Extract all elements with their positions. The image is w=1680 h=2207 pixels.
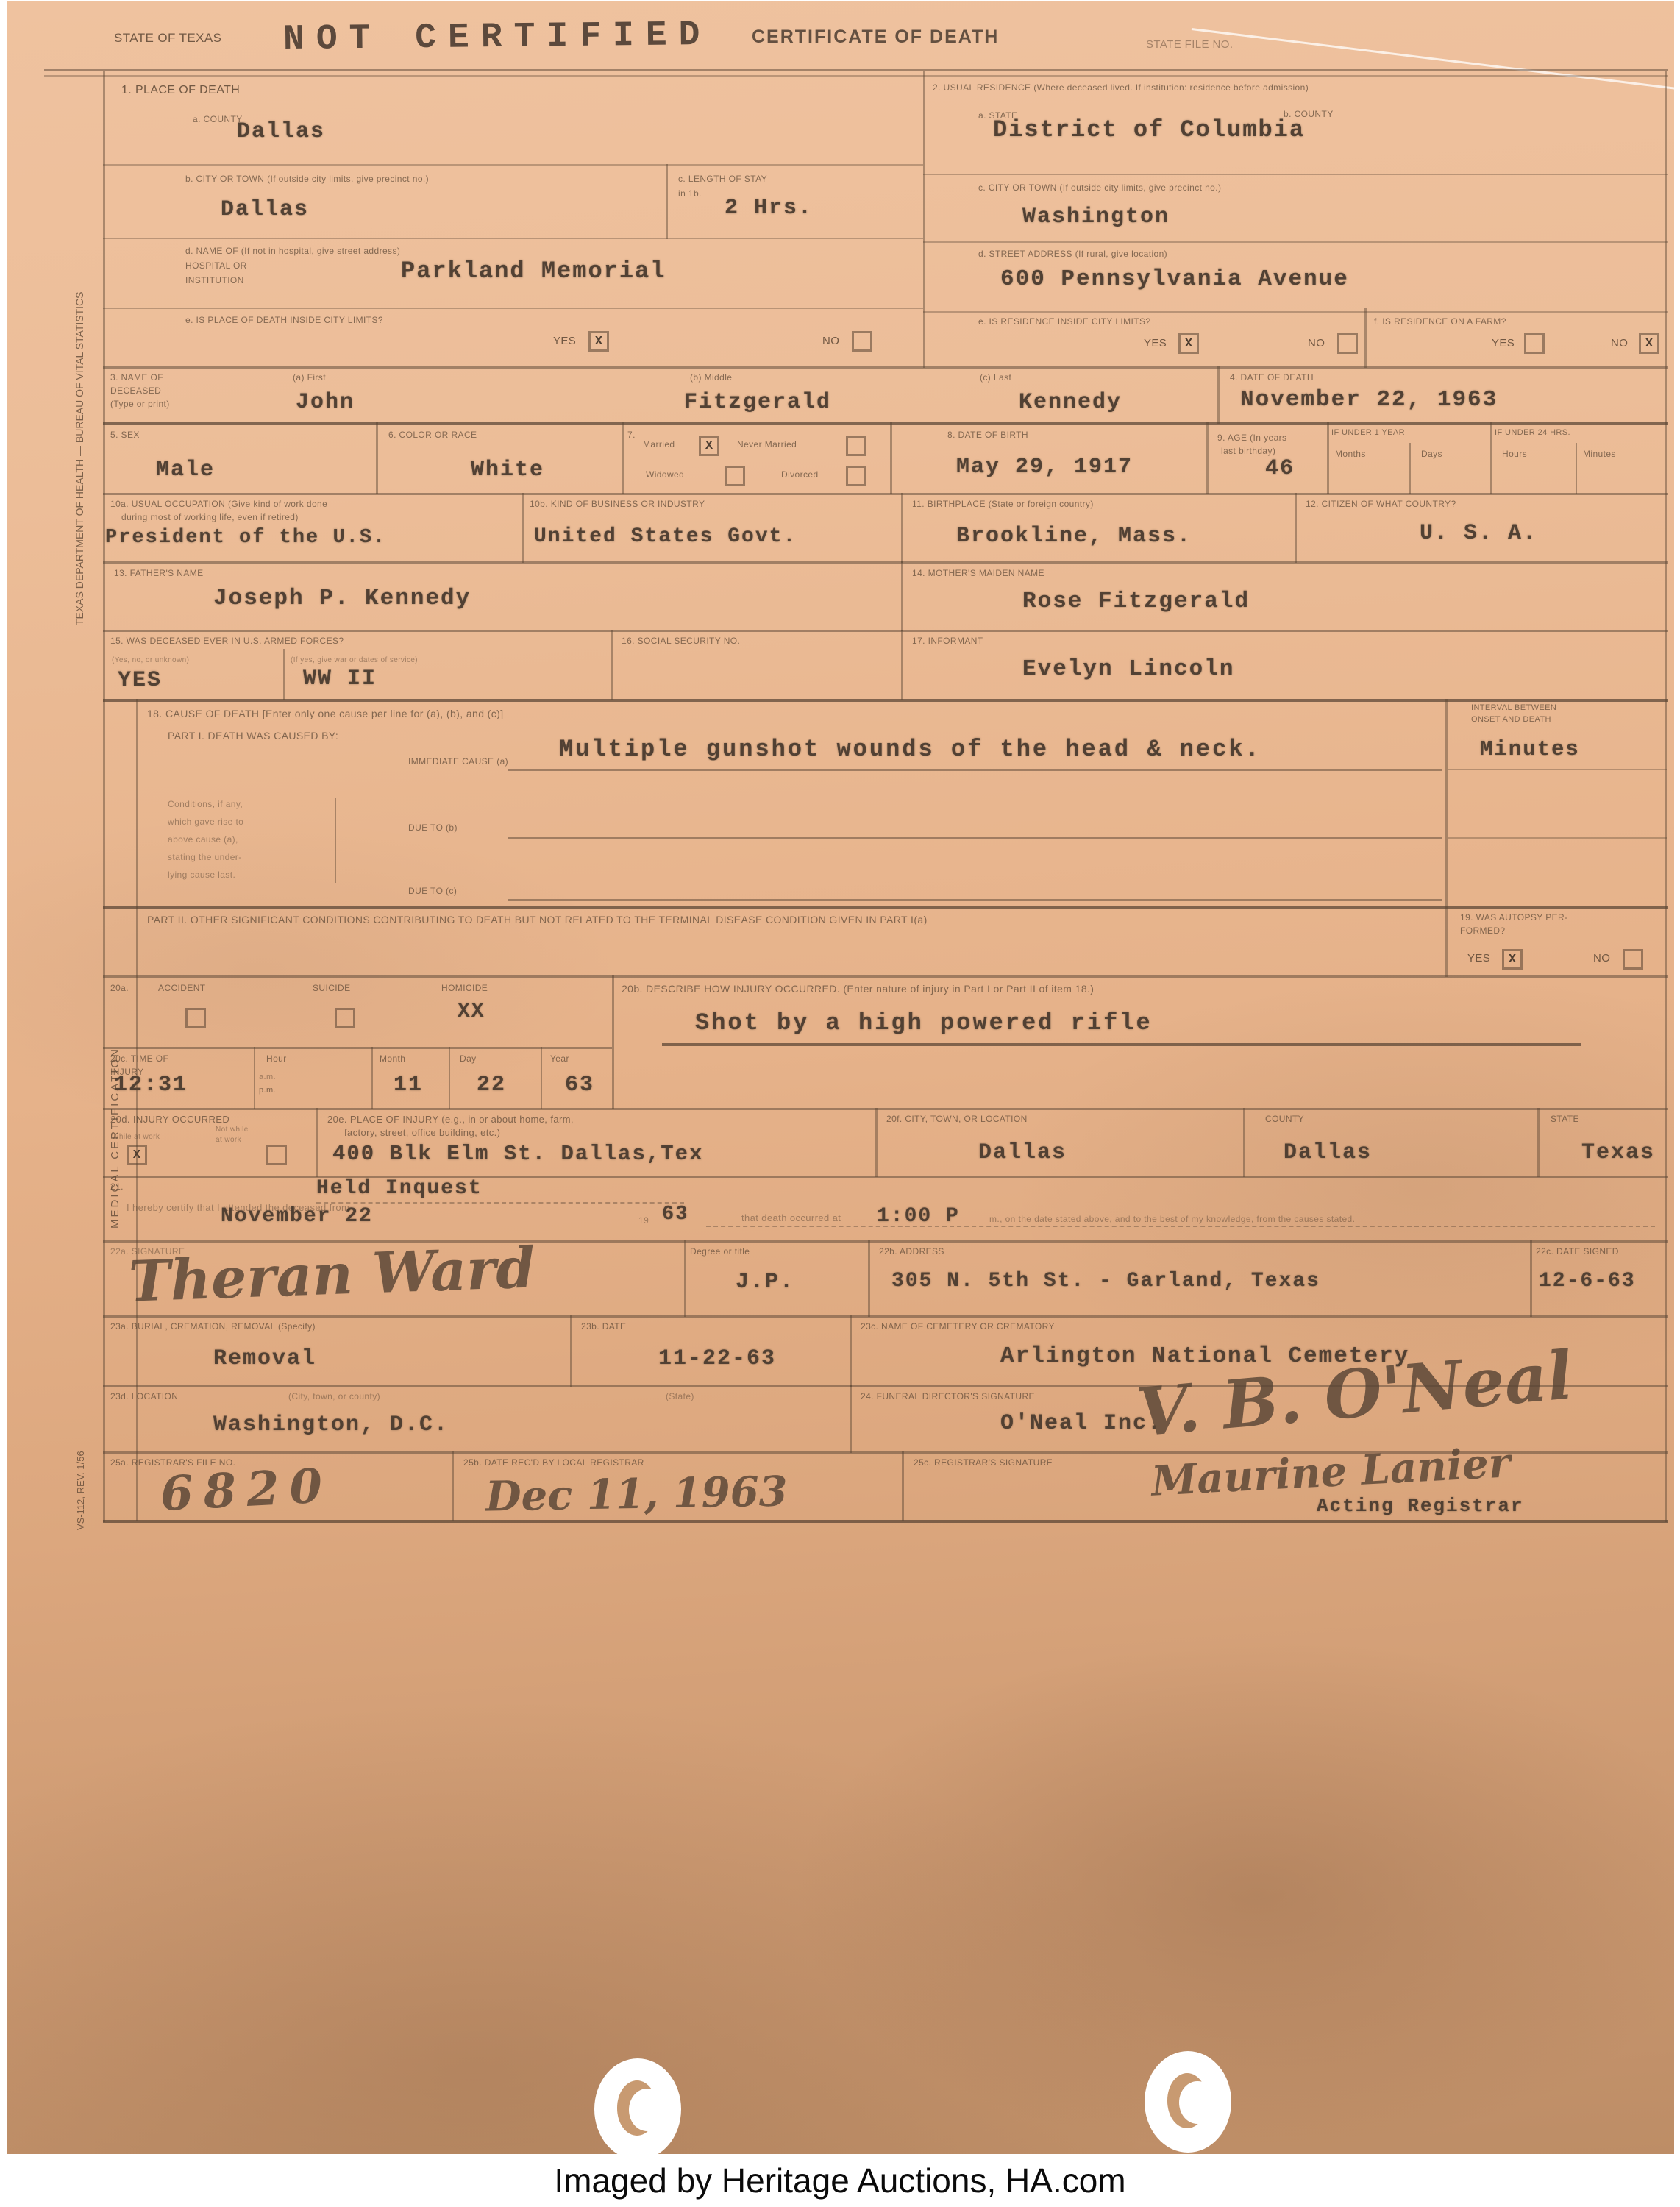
no-label: NO [822,335,839,347]
name-label-1: 3. NAME OF [110,372,163,383]
father-name-value: Joseph P. Kennedy [213,586,471,611]
if-under-24-hrs-label: IF UNDER 24 HRS. [1495,428,1570,437]
armed-forces-label: 15. WAS DECEASED EVER IN U.S. ARMED FORC… [110,636,344,646]
injury-county-value: Dallas [1284,1140,1372,1165]
date-signed-value: 12-6-63 [1539,1270,1636,1293]
registrar-signature-label: 25c. REGISTRAR'S SIGNATURE [914,1457,1053,1468]
interval-header-1: INTERVAL BETWEEN [1471,703,1556,712]
first-name-value: John [296,390,355,415]
conditions-note-1: Conditions, if any, [168,799,243,809]
checkbox-mark: X [1185,337,1192,351]
yes-label: YES [1144,337,1167,349]
residence-city-value: Washington [1022,205,1170,230]
residence-city-label: c. CITY OR TOWN (If outside city limits,… [978,182,1221,193]
homicide-mark: XX [458,1001,485,1023]
age-value: 46 [1265,456,1295,481]
location-label: 23d. LOCATION [110,1391,178,1401]
place-of-injury-label-1: 20e. PLACE OF INJURY (e.g., in or about … [327,1114,574,1125]
armed-forces-sublabel-1: (Yes, no, or unknown) [112,656,189,664]
certify-year-value: 63 [662,1204,688,1226]
place-of-injury-value: 400 Blk Elm St. Dallas,Tex [332,1142,703,1166]
punch-hole-right [1145,2051,1231,2153]
middle-name-label: (b) Middle [690,372,732,383]
hospital-label-2: HOSPITAL OR [185,260,247,271]
injury-month-value: 11 [394,1073,423,1098]
widowed-label: Widowed [646,469,684,480]
business-value: United States Govt. [534,525,797,548]
conditions-note-4: stating the under- [168,852,242,862]
citizen-label: 12. CITIZEN OF WHAT COUNTRY? [1306,499,1456,509]
if-under-1-year-label: IF UNDER 1 YEAR [1331,428,1405,437]
residence-farm-label: f. IS RESIDENCE ON A FARM? [1374,316,1506,327]
length-of-stay-sublabel: in 1b. [678,188,702,199]
degree-value: J.P. [736,1270,794,1295]
state-file-no-label: STATE FILE NO. [1146,38,1233,51]
certify-post-text: m., on the date stated above, and to the… [989,1214,1355,1224]
checkbox-never-married [846,436,866,456]
place-of-death-title: 1. PLACE OF DEATH [121,84,240,97]
describe-injury-value: Shot by a high powered rifle [695,1009,1153,1037]
conditions-note-3: above cause (a), [168,834,238,845]
part1-label: PART I. DEATH WAS CAUSED BY: [168,730,338,742]
page-title: CERTIFICATE OF DEATH [752,26,999,48]
margin-department-label: TEXAS DEPARTMENT OF HEALTH — BUREAU OF V… [74,280,85,625]
armed-forces-sublabel-2: (If yes, give war or dates of service) [291,656,418,664]
residence-title: 2. USUAL RESIDENCE (Where deceased lived… [933,82,1309,93]
certify-date-value: November 22 [221,1205,373,1228]
street-address-value: 600 Pennsylvania Avenue [1000,266,1349,292]
checkbox-accident [185,1008,206,1028]
suicide-label: SUICIDE [313,983,350,993]
homicide-label: HOMICIDE [441,983,488,993]
punch-hole-bite [629,2089,666,2131]
autopsy-label-1: 19. WAS AUTOPSY PER- [1460,912,1568,923]
burial-date-label: 23b. DATE [581,1321,626,1332]
death-time-value: 1:00 P [877,1205,960,1228]
injury-city-value: Dallas [978,1140,1067,1165]
acting-registrar-label: Acting Registrar [1317,1495,1524,1517]
no-label: NO [1308,337,1325,349]
armed-forces-answer: YES [118,668,162,693]
business-label: 10b. KIND OF BUSINESS OR INDUSTRY [530,499,705,509]
part2-label: PART II. OTHER SIGNIFICANT CONDITIONS CO… [147,914,928,925]
day-label: Day [460,1053,477,1064]
minutes-label: Minutes [1583,449,1616,459]
certify-mid-text: that death occurred at [741,1212,841,1223]
first-name-label: (a) First [293,372,326,383]
date-of-death-label: 4. DATE OF DEATH [1230,372,1314,383]
conditions-note-2: which gave rise to [168,817,243,827]
age-label-2: last birthday) [1221,446,1275,456]
checkbox-widowed [725,466,745,486]
death-city-limits-label: e. IS PLACE OF DEATH INSIDE CITY LIMITS? [185,315,383,325]
birthplace-value: Brookline, Mass. [956,524,1192,549]
checkbox-death-city-limits-no [852,331,872,352]
place-of-injury-label-2: factory, street, office building, etc.) [344,1127,500,1138]
citizen-value: U. S. A. [1420,521,1537,546]
conditions-note-5: lying cause last. [168,870,235,880]
yes-label: YES [1467,952,1490,964]
checkbox-autopsy-yes: X [1502,949,1523,970]
interval-header-2: ONSET AND DEATH [1471,715,1551,724]
margin-form-number: VS-112, REV. 1/56 [75,1383,86,1530]
age-label-1: 9. AGE (In years [1217,433,1286,443]
checkbox-farm-no: X [1639,333,1659,354]
due-to-c-label: DUE TO (c) [408,886,457,896]
city-label: b. CITY OR TOWN (If outside city limits,… [185,174,429,184]
checkbox-mark: X [595,335,602,349]
address-value: 305 N. 5th St. - Garland, Texas [891,1270,1320,1293]
cause-of-death-label: 18. CAUSE OF DEATH [Enter only one cause… [147,708,504,719]
injury-county-label: COUNTY [1265,1114,1304,1124]
date-of-birth-value: May 29, 1917 [956,455,1133,480]
year-label: Year [550,1053,569,1064]
date-signed-label: 22c. DATE SIGNED [1536,1246,1619,1257]
item-20a-label: 20a. [110,983,129,993]
injury-year-value: 63 [565,1073,594,1098]
last-name-value: Kennedy [1019,390,1122,415]
war-service-value: WW II [303,667,377,692]
address-label: 22b. ADDRESS [879,1246,944,1257]
race-label: 6. COLOR OR RACE [388,430,477,440]
divorced-label: Divorced [781,469,819,480]
mother-name-value: Rose Fitzgerald [1022,589,1250,614]
injury-city-label: 20f. CITY, TOWN, OR LOCATION [886,1114,1028,1124]
accident-label: ACCIDENT [158,983,206,993]
county-label: a. COUNTY [193,114,243,124]
married-label: Married [643,439,675,449]
checkbox-mark: X [1645,337,1653,351]
street-address-label: d. STREET ADDRESS (If rural, give locati… [978,249,1167,259]
location-sublabel-state: (State) [666,1391,694,1401]
injury-state-label: STATE [1551,1114,1579,1124]
occupation-label-2: during most of working life, even if ret… [121,512,299,522]
occupation-label-1: 10a. USUAL OCCUPATION (Give kind of work… [110,499,327,509]
state-of-texas-label: STATE OF TEXAS [114,31,221,46]
cemetery-label: 23c. NAME OF CEMETERY OR CREMATORY [861,1321,1055,1332]
no-label: NO [1611,337,1628,349]
interval-value: Minutes [1480,737,1580,761]
never-married-label: Never Married [737,439,797,449]
yes-label: YES [1492,337,1515,349]
last-name-label: (c) Last [980,372,1011,383]
pm-label: p.m. [259,1086,276,1095]
sex-label: 5. SEX [110,430,140,440]
certify-year-prefix: 19 [638,1215,649,1226]
sex-value: Male [156,458,215,483]
hospital-label-3: INSTITUTION [185,275,244,285]
informant-value: Evelyn Lincoln [1022,656,1234,682]
degree-label: Degree or title [690,1246,750,1257]
am-label: a.m. [259,1073,276,1081]
punch-hole-left [594,2058,681,2160]
injury-occurred-label: 20d. INJURY OCCURRED [110,1114,229,1125]
hour-label: Hour [266,1053,287,1064]
middle-name-value: Fitzgerald [684,390,831,415]
days-label: Days [1421,449,1442,459]
date-of-death-value: November 22, 1963 [1240,387,1498,413]
held-inquest-value: Held Inquest [316,1177,483,1200]
residence-city-limits-label: e. IS RESIDENCE INSIDE CITY LIMITS? [978,316,1151,327]
checkbox-suicide [335,1008,355,1028]
scanned-death-certificate: STATE OF TEXAS NOT CERTIFIED CERTIFICATE… [0,0,1680,2207]
name-label-3: (Type or print) [110,399,170,409]
not-while-at-work-label-1: Not while [216,1126,249,1134]
mother-name-label: 14. MOTHER'S MAIDEN NAME [912,568,1044,578]
immediate-cause-value: Multiple gunshot wounds of the head & ne… [559,736,1261,763]
date-received-label: 25b. DATE REC'D BY LOCAL REGISTRAR [463,1457,644,1468]
not-certified-stamp: NOT CERTIFIED [283,15,712,60]
hospital-label: d. NAME OF (If not in hospital, give str… [185,246,400,256]
not-while-at-work-label-2: at work [216,1136,241,1144]
registrar-file-number: 6820 [159,1458,334,1522]
hospital-value: Parkland Memorial [401,257,666,285]
checkbox-not-while-at-work [266,1145,287,1165]
marital-number-label: 7. [627,430,636,440]
ssn-label: 16. SOCIAL SECURITY NO. [622,636,740,646]
funeral-director-label: 24. FUNERAL DIRECTOR'S SIGNATURE [861,1391,1035,1401]
punch-hole-bite [1179,2081,1216,2124]
due-to-b-label: DUE TO (b) [408,822,458,833]
death-county-value: Dallas [237,119,325,144]
length-of-stay-label: c. LENGTH OF STAY [678,174,767,184]
checkbox-married: X [699,436,719,456]
checkbox-farm-yes [1524,333,1545,354]
immediate-cause-label: IMMEDIATE CAUSE (a) [408,756,508,767]
time-of-injury-label-1: 20c. TIME OF [110,1053,168,1064]
father-name-label: 13. FATHER'S NAME [114,568,204,578]
burial-type-label: 23a. BURIAL, CREMATION, REMOVAL (Specify… [110,1321,316,1332]
location-sublabel-city: (City, town, or county) [288,1391,380,1401]
injury-state-value: Texas [1581,1140,1655,1165]
months-label: Months [1335,449,1366,459]
date-of-birth-label: 8. DATE OF BIRTH [947,430,1028,440]
date-received-value: Dec 11, 1963 [485,1467,788,1521]
image-credit-text: Imaged by Heritage Auctions, HA.com [554,2161,1125,2200]
autopsy-label-2: FORMED? [1460,925,1505,936]
item-21-label: 21. [110,1181,124,1192]
location-value: Washington, D.C. [213,1412,449,1437]
burial-date-value: 11-22-63 [658,1346,776,1371]
burial-type-value: Removal [213,1346,316,1371]
birthplace-label: 11. BIRTHPLACE (State or foreign country… [912,499,1094,509]
occupation-value: President of the U.S. [105,527,386,549]
hours-label: Hours [1502,449,1527,459]
checkbox-divorced [846,466,866,486]
no-label: NO [1593,952,1610,964]
month-label: Month [380,1053,405,1064]
death-city-value: Dallas [221,197,309,222]
checkbox-autopsy-no [1623,949,1643,970]
checkbox-death-city-limits-yes: X [588,331,609,352]
checkbox-residence-limits-yes: X [1178,333,1199,354]
length-of-stay-value: 2 Hrs. [725,196,813,221]
image-credit-strip: Imaged by Heritage Auctions, HA.com [0,2154,1680,2207]
injury-day-value: 22 [477,1073,506,1098]
yes-label: YES [553,335,576,347]
checkbox-mark: X [1509,953,1516,967]
residence-state-value: District of Columbia [993,116,1305,143]
time-of-injury-value: 12:31 [114,1073,188,1098]
informant-label: 17. INFORMANT [912,636,983,646]
checkbox-residence-limits-no [1337,333,1358,354]
checkbox-mark: X [705,439,713,453]
name-label-2: DECEASED [110,385,161,396]
race-value: White [471,458,544,483]
describe-injury-label: 20b. DESCRIBE HOW INJURY OCCURRED. (Ente… [622,983,1094,995]
